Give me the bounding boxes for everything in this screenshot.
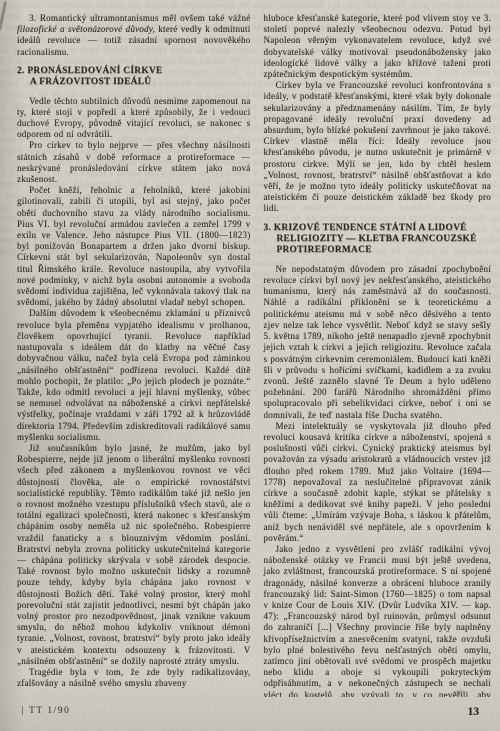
paragraph: Jako jedno z vysvětlení pro zvlášť radik…: [263, 544, 491, 697]
paragraph: Ne nepodstatným důvodem pro zásadní zpoc…: [263, 264, 491, 421]
paragraph: 3. Romantický ultramontanismus měl ovšem…: [17, 13, 250, 58]
scan-artifact: [0, 1, 7, 31]
section-heading-2: 2. PRONÁSLEDOVÁNÍ CÍRKVE A FRÁZOVITOST I…: [17, 66, 250, 89]
paragraph: Vedle těchto subtilních důvodů nesmíme z…: [17, 96, 250, 141]
heading-line: A FRÁZOVITOST IDEÁLŮ: [17, 77, 250, 88]
paragraph-continuation: hluboce křesťanské kategorie, které pod …: [263, 13, 491, 80]
scan-artifact: [22, 706, 23, 715]
heading-line: RELIGIOZITY — KLETBA FRANCOUZSKÉ: [263, 234, 491, 245]
paragraph-text: 3. Romantický ultramontanismus měl ovšem…: [29, 13, 250, 23]
page-number: 13: [468, 706, 480, 718]
section-heading-3: 3. KRIZOVÉ TENDENCE STÁTNÍ A LIDOVÉ RELI…: [263, 223, 491, 257]
paragraph: Mezi intelektuály se vyskytovala již dlo…: [263, 421, 491, 544]
paragraph: Dalším důvodem k všeobecnému zklamání u …: [17, 308, 250, 442]
left-column: 3. Romantický ultramontanismus měl ovšem…: [17, 13, 250, 697]
heading-line: 2. PRONÁSLEDOVÁNÍ CÍRKVE: [17, 66, 250, 77]
paragraph: Již současníkům bylo jasné, že mužům, ja…: [17, 443, 250, 667]
right-column: hluboce křesťanské kategorie, které pod …: [263, 13, 491, 697]
scanned-document-page: Ne nepodstatným důvodem pro zásadní zpoc…: [0, 0, 500, 731]
paragraph: Počet kněží, řeholnic a řeholníků, které…: [17, 185, 250, 308]
heading-line: PROTIREFORMACE: [263, 245, 491, 256]
paragraph: Pro církev to bylo nejprve — přes všechn…: [17, 140, 250, 185]
italic-phrase: filozofické a světonázorové důvody,: [17, 24, 155, 34]
text-columns: 3. Romantický ultramontanismus měl ovšem…: [17, 13, 491, 697]
journal-issue-label: TT 1/90: [29, 706, 70, 716]
heading-line: 3. KRIZOVÉ TENDENCE STÁTNÍ A LIDOVÉ: [263, 223, 491, 234]
paragraph: Tragédie byla v tom, že zde byly radikal…: [17, 667, 250, 689]
paragraph: Církev byla ve Francouzské revoluci konf…: [263, 80, 491, 214]
